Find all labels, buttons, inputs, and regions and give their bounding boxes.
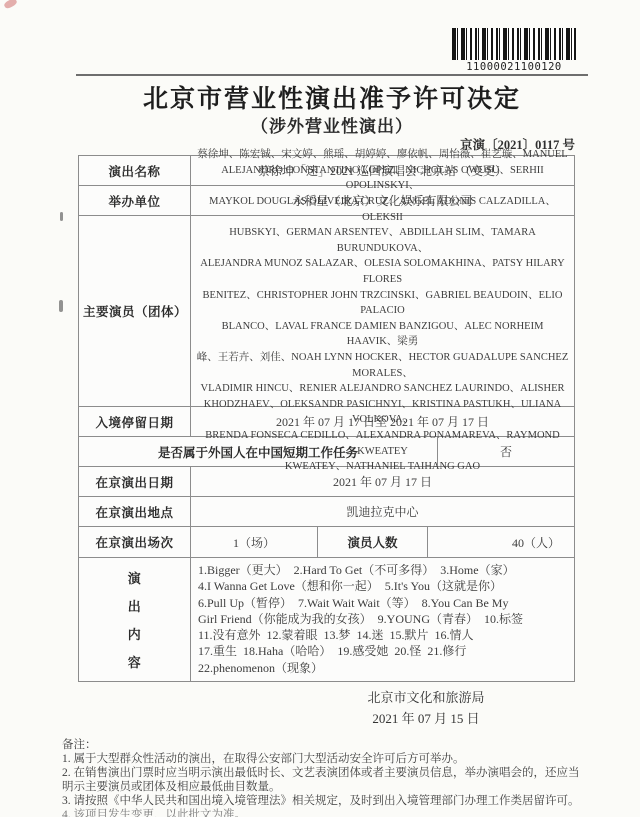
note-item: 1. 属于大型群众性活动的演出，在取得公安部门大型活动安全许可后方可举办。: [62, 752, 589, 766]
table-row-sessions: 在京演出场次 1（场） 演员人数 40（人）: [79, 526, 574, 557]
row-label: 在京演出日期: [79, 467, 190, 496]
row-label: 在京演出地点: [79, 497, 190, 526]
row-label: 举办单位: [79, 186, 190, 215]
notes-block: 备注： 1. 属于大型群众性活动的演出，在取得公安部门大型活动安全许可后方可举办…: [62, 738, 589, 817]
barcode-bars-icon: [452, 28, 576, 60]
row-label: 演出名称: [79, 156, 190, 185]
row-label: 在京演出场次: [79, 527, 190, 557]
permit-table: 演出名称 蔡徐坤「迷」2021 巡回演唱会 北京站 （变更） 举办单位 永稻星（…: [78, 155, 575, 682]
venue-value: 凯迪拉克中心: [190, 497, 574, 526]
sessions-count-value: 1（场）: [190, 527, 317, 557]
scan-artifact-speck: [60, 212, 63, 221]
issue-date: 2021 年 07 月 15 日: [280, 708, 572, 729]
content-label-char: 容: [128, 652, 142, 671]
scan-artifact-red: [3, 0, 18, 10]
notes-title: 备注：: [62, 738, 589, 752]
content-label-vertical: 演 出 内 容: [79, 558, 190, 681]
row-label: 入境停留日期: [79, 407, 190, 436]
note-item: 2. 在销售演出门票时应当明示演出最低时长、文艺表演团体或者主要演员信息，举办演…: [62, 766, 589, 794]
performer-count-value: 40（人）: [427, 527, 574, 557]
document-subtitle: （涉外营业性演出）: [76, 112, 588, 137]
short-term-work-question: 是否属于外国人在中国短期工作任务: [79, 437, 437, 466]
short-term-work-answer: 否: [437, 437, 574, 466]
header-divider: [76, 74, 588, 76]
barcode-number: 11000021100120: [452, 61, 576, 73]
table-row-show-date: 在京演出日期 2021 年 07 月 17 日: [79, 466, 574, 496]
content-label-char: 演: [128, 568, 142, 587]
content-label-char: 内: [128, 624, 142, 643]
show-date-value: 2021 年 07 月 17 日: [190, 467, 574, 496]
content-songs-value: 1.Bigger（更大） 2.Hard To Get（不可多得） 3.Home（…: [190, 558, 574, 681]
barcode: 11000021100120: [452, 28, 576, 73]
performer-count-label: 演员人数: [317, 527, 427, 557]
table-row-short-term-work: 是否属于外国人在中国短期工作任务 否: [79, 436, 574, 466]
table-row-content: 演 出 内 容 1.Bigger（更大） 2.Hard To Get（不可多得）…: [79, 557, 574, 681]
issuer-name: 北京市文化和旅游局: [280, 687, 572, 708]
table-row-entry-stay: 入境停留日期 2021 年 07 月 17 日至 2021 年 07 月 17 …: [79, 406, 574, 436]
scan-artifact-speck: [59, 300, 63, 312]
note-item: 3. 请按照《中华人民共和国出境入境管理法》相关规定，及时到出入境管理部门办理工…: [62, 794, 589, 808]
performers-value: 蔡徐坤、陈宏铖、宋文婷、熊瑶、胡婷婷、廖依帆、周怡薇、崔艺璇、MANUEL AL…: [190, 216, 574, 406]
note-item: 4. 该项目发生变更，以此批文为准。: [62, 808, 589, 817]
row-label: 主要演员（团体）: [79, 216, 190, 406]
table-row-venue: 在京演出地点 凯迪拉克中心: [79, 496, 574, 526]
entry-stay-value: 2021 年 07 月 17 日至 2021 年 07 月 17 日: [190, 407, 574, 436]
document-title: 北京市营业性演出准予许可决定: [76, 79, 588, 115]
issuer-block: 北京市文化和旅游局 2021 年 07 月 15 日: [280, 687, 572, 729]
content-label-char: 出: [128, 596, 142, 615]
table-row-performers: 主要演员（团体） 蔡徐坤、陈宏铖、宋文婷、熊瑶、胡婷婷、廖依帆、周怡薇、崔艺璇、…: [79, 215, 574, 406]
